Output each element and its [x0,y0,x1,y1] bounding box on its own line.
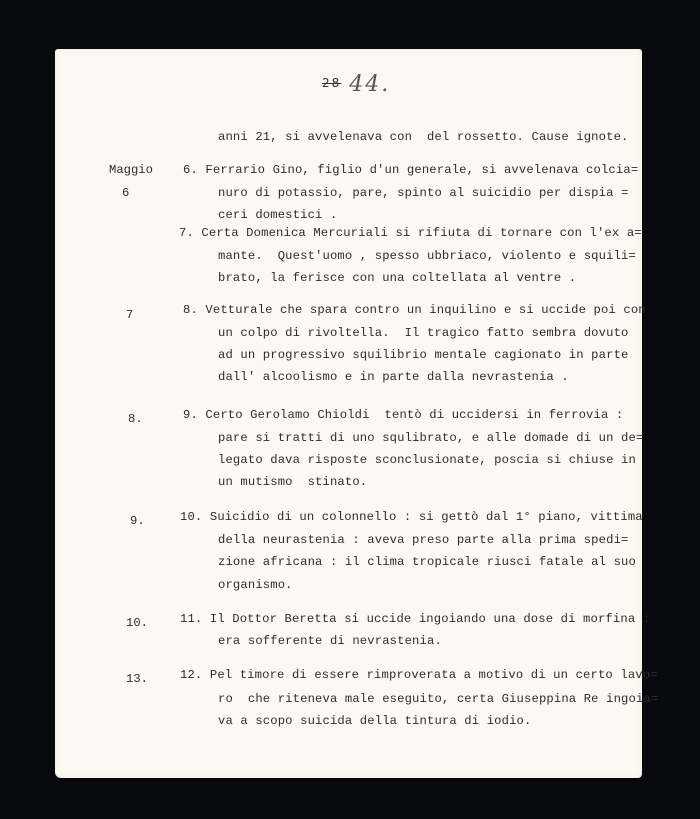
text-line: dall' alcoolismo e in parte dalla nevras… [218,370,569,384]
date-label: 7 [126,308,133,322]
text-line: mante. Quest'uomo , spesso ubbriaco, vio… [218,249,636,263]
text-line: era sofferente di nevrastenia. [218,634,442,648]
text-line: 12. Pel timore di essere rimproverata a … [180,668,658,682]
text-line: ceri domestici . [218,208,337,222]
date-label: 8. [128,412,143,426]
text-line: nuro di potassio, pare, spinto al suicid… [218,186,629,200]
text-line: zione africana : il clima tropicale rius… [218,555,636,569]
text-line: 9. Certo Gerolamo Chioldi tentò di uccid… [183,408,623,422]
text-line: 10. Suicidio di un colonnello : si gettò… [180,510,643,524]
page-number: 2844. [322,72,390,97]
text-line: va a scopo suicida della tintura di iodi… [218,714,531,728]
text-line: 6. Ferrario Gino, figlio d'un generale, … [183,163,638,177]
text-line: 11. Il Dottor Beretta si uccide ingoiand… [180,612,650,626]
text-line: ad un progressivo squilibrio mentale cag… [218,348,629,362]
date-label: 6 [122,186,129,200]
handwritten-page-number: 44. [349,72,390,97]
date-label: 10. [126,616,148,630]
struck-page-number: 28 [322,76,341,90]
text-line: un colpo di rivoltella. Il tragico fatto… [218,326,629,340]
date-label: 9. [130,514,145,528]
text-line: ro che riteneva male eseguito, certa Giu… [218,692,658,706]
text-line: un mutismo stinato. [218,475,367,489]
text-line: della neurastenia : aveva preso parte al… [218,533,629,547]
date-label: Maggio [109,163,153,177]
text-line: brato, la ferisce con una coltellata al … [218,271,576,285]
text-line: 8. Vetturale che spara contro un inquili… [183,303,646,317]
text-line: pare si tratti di uno squlibrato, e alle… [218,431,643,445]
text-line: 7. Certa Domenica Mercuriali si rifiuta … [179,226,642,240]
text-line: anni 21, si avvelenava con del rossetto.… [218,130,629,144]
text-line: organismo. [218,578,293,592]
date-label: 13. [126,672,148,686]
text-line: legato dava risposte sconclusionate, pos… [218,453,636,467]
